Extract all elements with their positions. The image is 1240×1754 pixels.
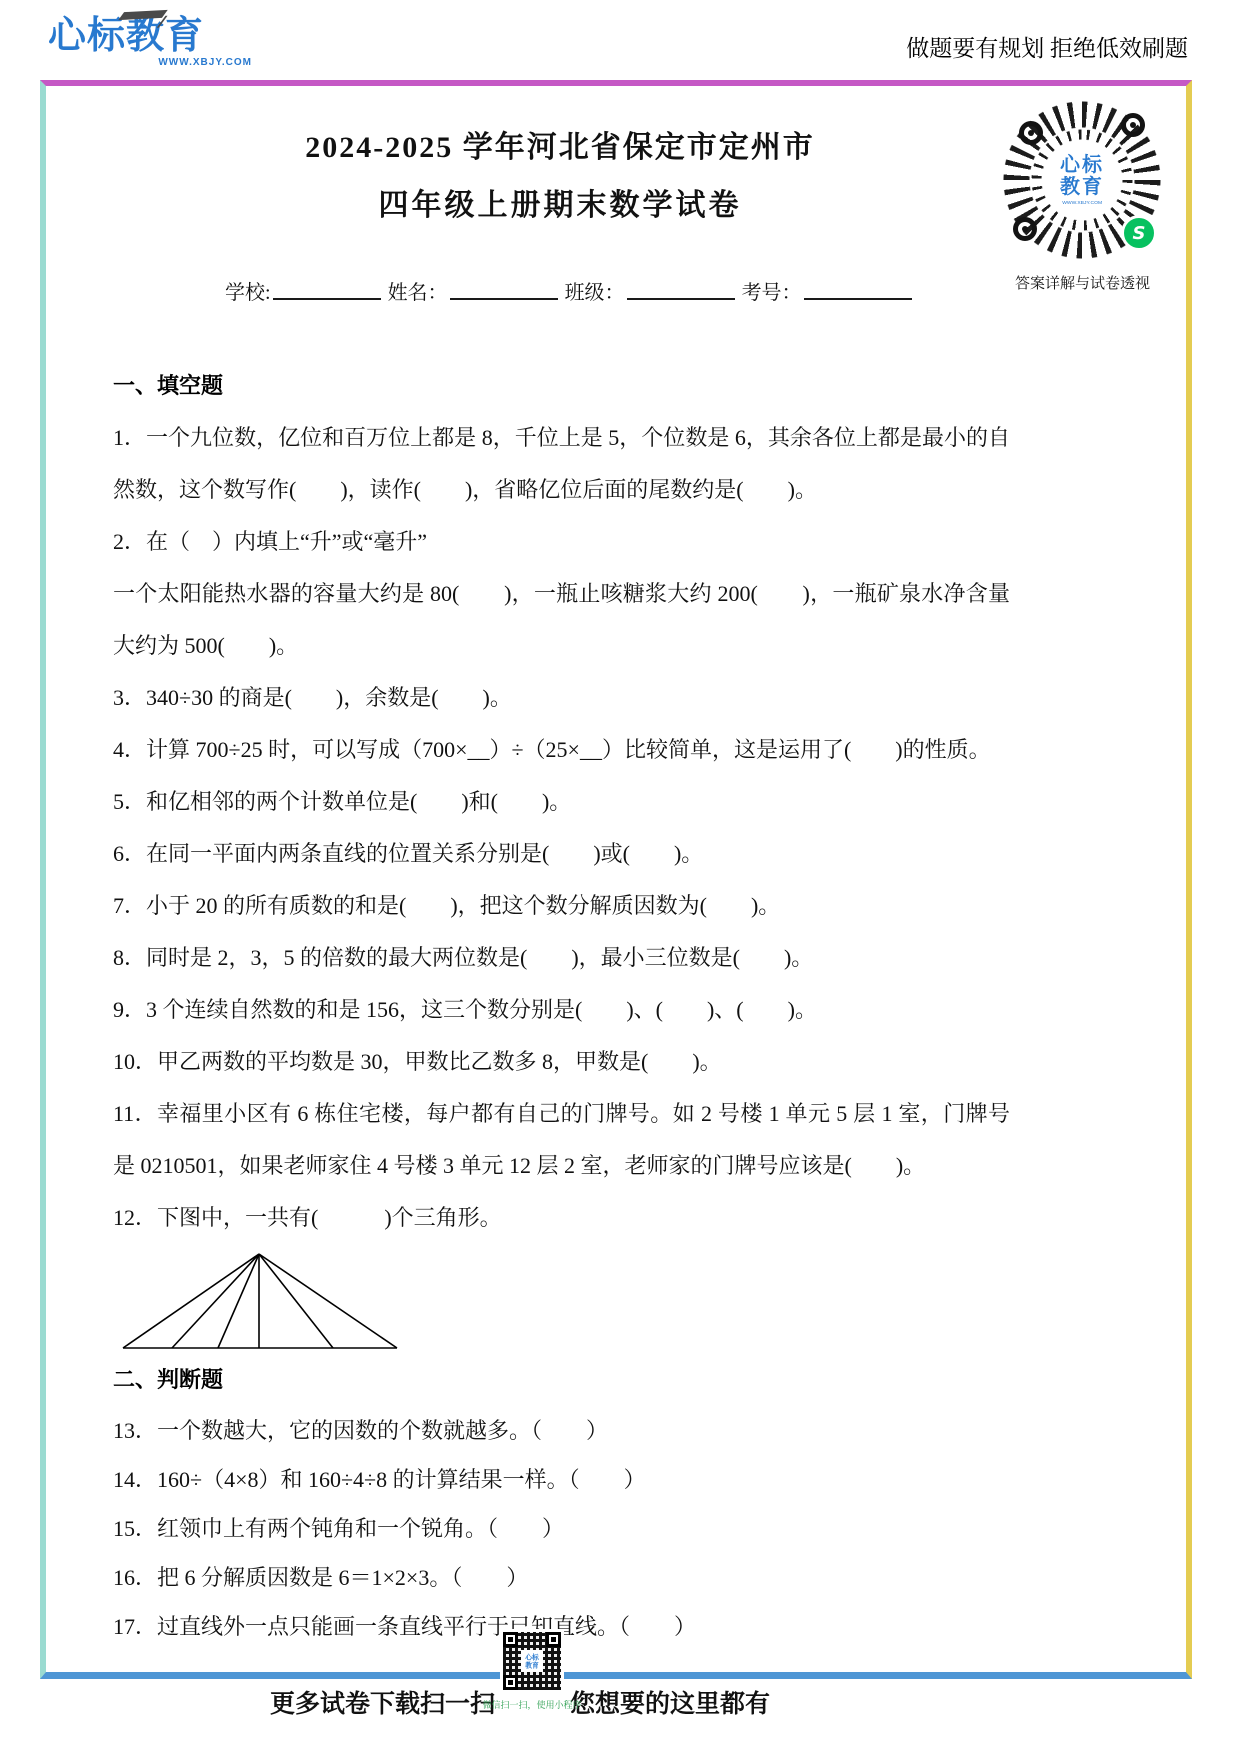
question-paragraph: 5．和亿相邻的两个计数单位是( )和( )。 bbox=[113, 776, 1010, 828]
question-paragraph: 12．下图中，一共有( )个三角形。 bbox=[113, 1192, 1010, 1244]
info-label-school: 学校: bbox=[225, 282, 271, 304]
question-body: 一、填空题 1．一个九位数，亿位和百万位上都是 8，千位上是 5，个位数是 6，… bbox=[113, 360, 1010, 1651]
brand-logo-text: 心标教育 bbox=[48, 16, 258, 56]
qr-caption: 答案详解与试卷透视 bbox=[975, 272, 1190, 293]
section-title-fill-in: 一、填空题 bbox=[113, 360, 1010, 412]
qr-finder-icon bbox=[503, 1632, 518, 1647]
header-slogan: 做题要有规划 拒绝低效刷题 bbox=[906, 30, 1188, 63]
wechat-miniprogram-icon: S bbox=[1121, 215, 1157, 251]
qr-finder-icon bbox=[546, 1632, 561, 1647]
question-paragraph: 11．幸福里小区有 6 栋住宅楼，每户都有自己的门牌号。如 2 号楼 1 单元 … bbox=[113, 1088, 1010, 1192]
question-paragraph: 13．一个数越大，它的因数的个数就越多。（ ） bbox=[113, 1406, 1010, 1455]
examno-blank-line bbox=[804, 296, 912, 300]
info-label-class: 班级： bbox=[565, 282, 625, 304]
question-paragraph: 7．小于 20 的所有质数的和是( )，把这个数分解质因数为( )。 bbox=[113, 880, 1010, 932]
qr-eye-icon bbox=[1013, 217, 1037, 241]
qr-center-logo-line2: 教育 bbox=[1060, 176, 1104, 198]
question-paragraph: 14．160÷（4×8）和 160÷4÷8 的计算结果一样。（ ） bbox=[113, 1455, 1010, 1504]
question-paragraph: 10．甲乙两数的平均数是 30，甲数比乙数多 8，甲数是( )。 bbox=[113, 1036, 1010, 1088]
paper-title-line1: 2024-2025 学年河北省保定市定州市 bbox=[240, 122, 880, 166]
question-paragraph: 3．340÷30 的商是( )，余数是( )。 bbox=[113, 672, 1010, 724]
footer-qr-logo-line1: 心标 bbox=[525, 1654, 539, 1660]
paper-title-line2: 四年级上册期末数学试卷 bbox=[240, 180, 880, 224]
school-blank-line bbox=[273, 296, 381, 300]
miniprogram-qr-code: 心标 教育 WWW.XBJY.COM S bbox=[1003, 101, 1161, 259]
footer-qr-hint: 微信扫一扫，使用小程序 bbox=[452, 1698, 612, 1711]
footer-qr-center-logo: 心标 教育 bbox=[521, 1650, 543, 1672]
question-paragraph: 6．在同一平面内两条直线的位置关系分别是( )或( )。 bbox=[113, 828, 1010, 880]
qr-eye-icon bbox=[1121, 113, 1145, 137]
info-label-examno: 考号： bbox=[742, 282, 802, 304]
qr-center-logo-line1: 心标 bbox=[1060, 154, 1104, 176]
info-label-name: 姓名： bbox=[388, 282, 448, 304]
student-info-row: 学校: 姓名： 班级： 考号： bbox=[225, 276, 914, 305]
qr-center-logo-url: WWW.XBJY.COM bbox=[1062, 199, 1102, 205]
exam-paper-page: 心标教育 WWW.XBJY.COM 做题要有规划 拒绝低效刷题 2024-202… bbox=[0, 0, 1240, 1754]
triangle-count-figure bbox=[113, 1250, 1010, 1354]
name-blank-line bbox=[450, 296, 558, 300]
class-blank-line bbox=[627, 296, 735, 300]
brand-logo: 心标教育 WWW.XBJY.COM bbox=[48, 16, 258, 68]
qr-eye-icon bbox=[1019, 121, 1043, 145]
question-paragraph: 4．计算 700÷25 时，可以写成（700×__）÷（25×__）比较简单，这… bbox=[113, 724, 1010, 776]
question-paragraph: 1．一个九位数，亿位和百万位上都是 8，千位上是 5，个位数是 6，其余各位上都… bbox=[113, 412, 1010, 516]
question-paragraph: 15．红领巾上有两个钝角和一个锐角。（ ） bbox=[113, 1504, 1010, 1553]
triangle-fan-svg bbox=[113, 1250, 413, 1354]
question-paragraph: 8．同时是 2，3，5 的倍数的最大两位数是( )，最小三位数是( )。 bbox=[113, 932, 1010, 984]
question-paragraph: 9．3 个连续自然数的和是 156，这三个数分别是( )、( )、( )。 bbox=[113, 984, 1010, 1036]
question-paragraph: 2．在（ ）内填上“升”或“毫升” bbox=[113, 516, 1010, 568]
qr-finder-icon bbox=[503, 1675, 518, 1690]
section-title-judge: 二、判断题 bbox=[113, 1354, 1010, 1406]
brand-logo-url: WWW.XBJY.COM bbox=[48, 57, 258, 68]
question-paragraph: 16．把 6 分解质因数是 6＝1×2×3。（ ） bbox=[113, 1553, 1010, 1602]
footer-qr-logo-line2: 教育 bbox=[525, 1662, 539, 1668]
qr-center-logo: 心标 教育 WWW.XBJY.COM bbox=[1043, 141, 1121, 219]
footer-qr-code: 心标 教育 bbox=[500, 1629, 564, 1693]
question-paragraph: 一个太阳能热水器的容量大约是 80( )，一瓶止咳糖浆大约 200( )，一瓶矿… bbox=[113, 568, 1010, 672]
